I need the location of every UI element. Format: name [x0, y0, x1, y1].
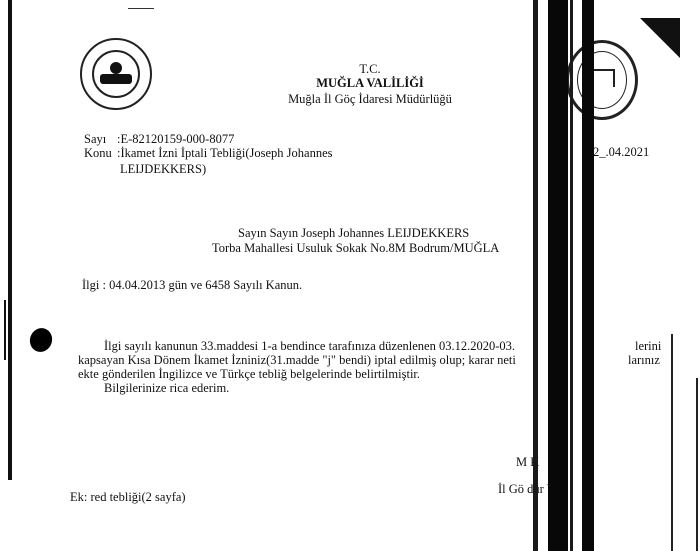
valilik-seal-icon [566, 40, 638, 120]
body-line-1: İlgi sayılı kanunun 33.maddesi 1-a bendi… [104, 339, 515, 354]
scan-mark [128, 8, 154, 9]
body-line-4: Bilgilerinize rica ederim. [104, 381, 229, 396]
scan-bar [582, 0, 594, 551]
header-valilik: MUĞLA VALİLİĞİ [240, 76, 500, 91]
scan-bar [570, 0, 573, 551]
scan-bar [548, 0, 568, 551]
body-line-1-end: lerini [635, 339, 661, 354]
header-tc: T.C. [240, 62, 500, 77]
body-line-2: kapsayan Kısa Dönem İkamet İzniniz(31.ma… [78, 353, 516, 368]
document-date: 2_.04.2021 [593, 145, 649, 160]
recipient-address: Torba Mahallesi Usuluk Sokak No.8M Bodru… [212, 241, 499, 256]
body-line-2-end: larınız [628, 353, 660, 368]
scan-corner-mark [640, 18, 680, 58]
sayi-value: :E-82120159-000-8077 [117, 132, 234, 147]
attachment-note: Ek: red tebliği(2 sayfa) [70, 490, 186, 505]
konu-label: Konu [84, 146, 112, 161]
body-line-3: ekte gönderilen İngilizce ve Türkçe tebl… [78, 367, 420, 382]
scan-edge-line [4, 300, 6, 360]
scan-line [696, 378, 698, 551]
ink-blot [27, 325, 56, 355]
ilgi-line: İlgi : 04.04.2013 gün ve 6458 Sayılı Kan… [82, 278, 302, 293]
scan-bar [533, 0, 538, 551]
konu-value-cont: LEIJDEKKERS) [120, 162, 206, 177]
recipient-name: Sayın Sayın Joseph Johannes LEIJDEKKERS [238, 226, 469, 241]
sayi-label: Sayı [84, 132, 106, 147]
header-mudurluk: Muğla İl Göç İdaresi Müdürlüğü [240, 92, 500, 107]
seal-icon [80, 38, 152, 110]
scan-line [671, 334, 673, 551]
konu-value: :İkamet İzni İptali Tebliği(Joseph Johan… [117, 146, 333, 161]
scan-edge-line [8, 0, 12, 480]
